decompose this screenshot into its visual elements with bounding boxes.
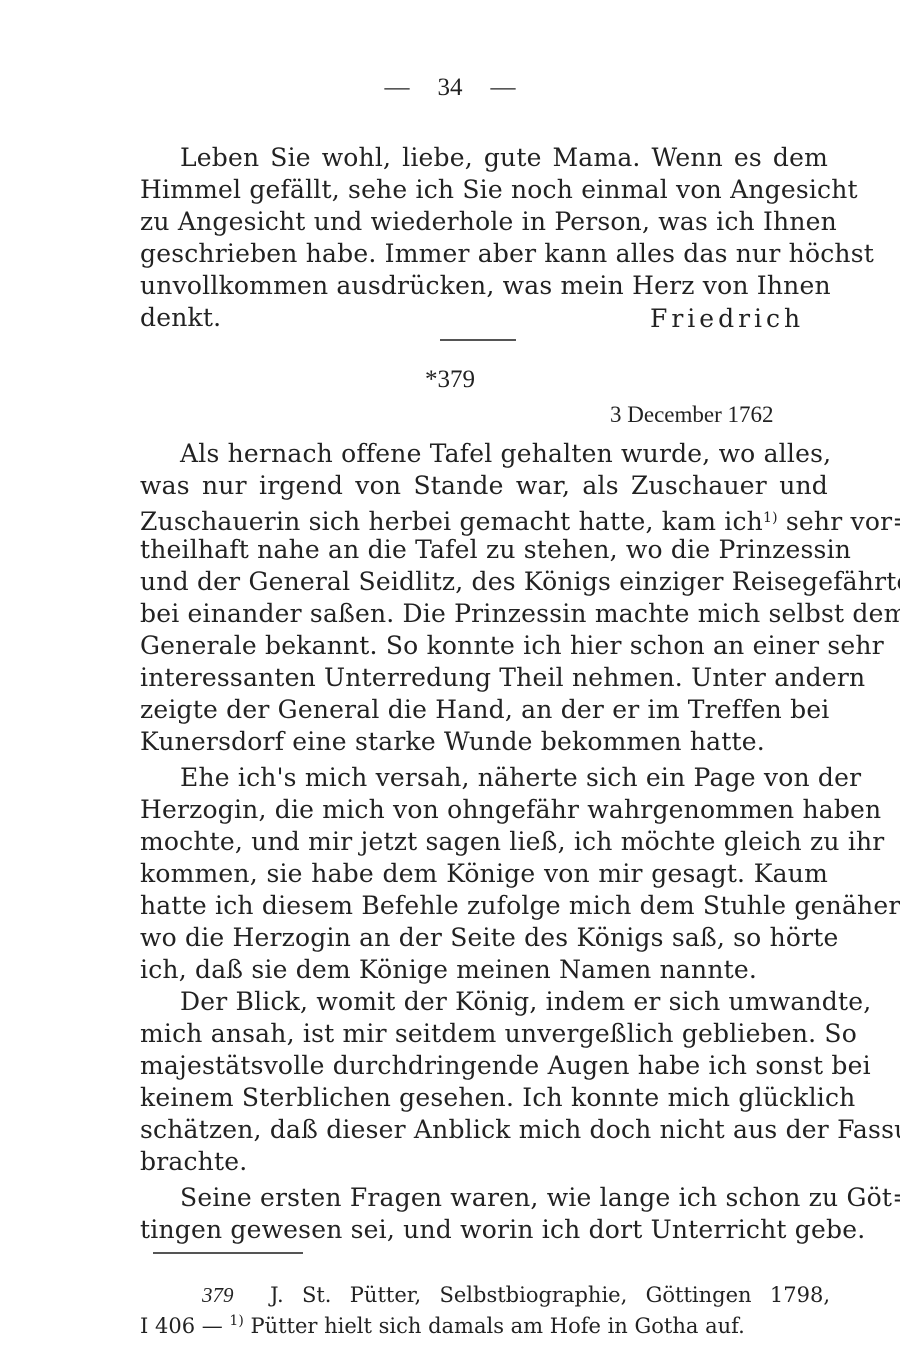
footnote-line: I 406 — 1) Pütter hielt sich damals am H… — [140, 1308, 830, 1339]
text-line: geschrieben habe. Immer aber kann alles … — [140, 238, 828, 270]
text-line: ich, daß sie dem Könige meinen Namen nan… — [140, 954, 828, 986]
text-line: Herzogin, die mich von ohngefähr wahrgen… — [140, 794, 828, 826]
text-line: Der Blick, womit der König, indem er sic… — [140, 986, 828, 1018]
text-line: zu Angesicht und wiederhole in Person, w… — [140, 206, 828, 238]
text-line: keinem Sterblichen gesehen. Ich konnte m… — [140, 1082, 828, 1114]
footnote-divider — [153, 1252, 303, 1254]
text-segment: sehr vor= — [778, 507, 900, 536]
text-line: kommen, sie habe dem Könige von mir gesa… — [140, 858, 828, 890]
footnote-line: 379 J. St. Pütter, Selbstbiographie, Göt… — [140, 1282, 830, 1308]
letter-number: *379 — [0, 366, 900, 394]
page-number-header: —34— — [0, 74, 900, 102]
footnote-marker[interactable]: 1) — [763, 510, 778, 526]
text-line: interessanten Unterredung Theil nehmen. … — [140, 662, 828, 694]
dash-right: — — [491, 74, 516, 102]
footnote-page-ref: I 406 — — [140, 1314, 229, 1338]
section-divider — [440, 339, 516, 341]
text-line: mochte, und mir jetzt sagen ließ, ich mö… — [140, 826, 828, 858]
text-line: wo die Herzogin an der Seite des Königs … — [140, 922, 828, 954]
signature: Friedrich — [650, 304, 804, 333]
text-line: Als hernach offene Tafel gehalten wurde,… — [140, 438, 828, 470]
text-line: Kunersdorf eine starke Wunde bekommen ha… — [140, 726, 828, 758]
text-line: Seine ersten Fragen waren, wie lange ich… — [140, 1182, 828, 1214]
text-line: majestätsvolle durchdringende Augen habe… — [140, 1050, 828, 1082]
dash-left: — — [385, 74, 410, 102]
text-line: Himmel gefällt, sehe ich Sie noch einmal… — [140, 174, 828, 206]
text-line: zeigte der General die Hand, an der er i… — [140, 694, 828, 726]
text-line: unvollkommen ausdrücken, was mein Herz v… — [140, 270, 828, 302]
footnote-text: Pütter hielt sich damals am Hofe in Goth… — [244, 1314, 745, 1338]
text-line: Ehe ich's mich versah, näherte sich ein … — [140, 762, 828, 794]
text-line: schätzen, daß dieser Anblick mich doch n… — [140, 1114, 828, 1146]
text-line: Leben Sie wohl, liebe, gute Mama. Wenn e… — [140, 142, 828, 174]
footnote-marker: 1) — [229, 1313, 243, 1329]
text-line: brachte. — [140, 1146, 828, 1178]
letter-date: 3 December 1762 — [610, 402, 774, 428]
book-page: —34— Leben Sie wohl, liebe, gute Mama. W… — [0, 0, 900, 1358]
text-line: was nur irgend von Stande war, als Zusch… — [140, 470, 828, 502]
footnote-citation: J. St. Pütter, Selbstbiographie, Götting… — [270, 1283, 830, 1307]
footnote-number: 379 — [202, 1283, 234, 1307]
text-line: tingen gewesen sei, und worin ich dort U… — [140, 1214, 828, 1246]
page-number: 34 — [438, 74, 463, 101]
text-segment: Zuschauerin sich herbei gemacht hatte, k… — [140, 507, 763, 536]
text-line: theilhaft nahe an die Tafel zu stehen, w… — [140, 534, 828, 566]
text-line: hatte ich diesem Befehle zufolge mich de… — [140, 890, 828, 922]
text-line-with-footnote: Zuschauerin sich herbei gemacht hatte, k… — [140, 502, 828, 538]
text-line: mich ansah, ist mir seitdem unvergeßlich… — [140, 1018, 828, 1050]
text-line: Generale bekannt. So konnte ich hier sch… — [140, 630, 828, 662]
text-line: und der General Seidlitz, des Königs ein… — [140, 566, 828, 598]
text-line: bei einander saßen. Die Prinzessin macht… — [140, 598, 828, 630]
